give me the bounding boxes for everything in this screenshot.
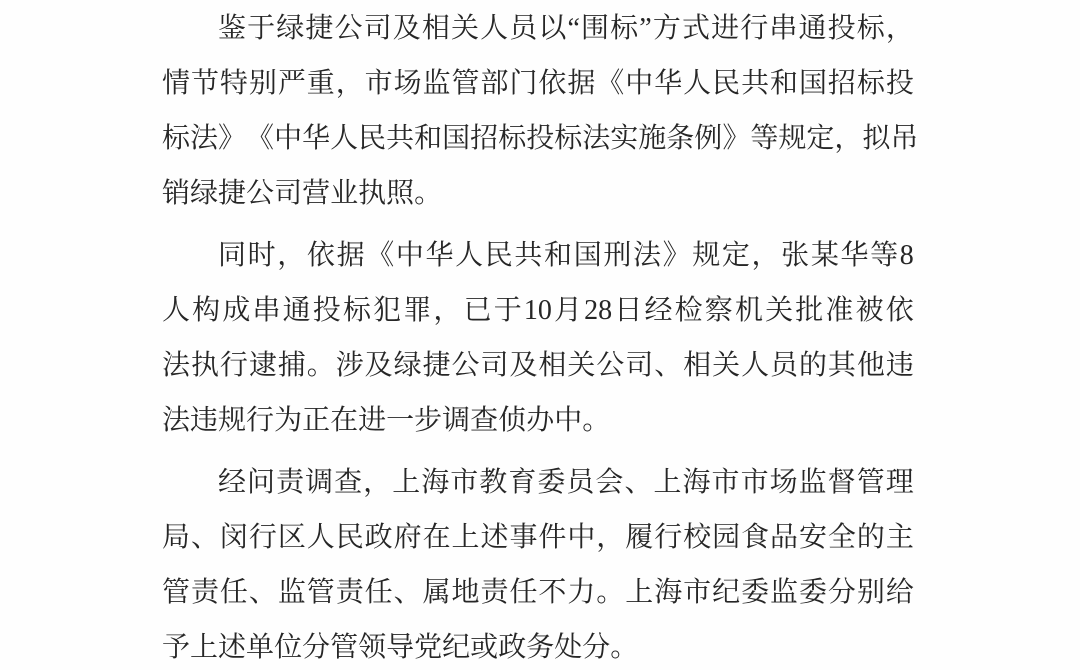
text-glyph: 行 bbox=[249, 510, 277, 565]
text-glyph: 依 bbox=[307, 228, 335, 283]
text-glyph: 民 bbox=[336, 510, 364, 565]
text-glyph: 分 bbox=[828, 565, 856, 620]
text-glyph: 市 bbox=[450, 455, 478, 510]
text-line: 销绿捷公司营业执照。 bbox=[162, 166, 914, 221]
text-glyph: 府 bbox=[394, 510, 422, 565]
text-glyph: 关 bbox=[765, 283, 793, 338]
text-glyph: 招 bbox=[470, 111, 498, 166]
text-glyph: 据 bbox=[567, 56, 595, 111]
text-glyph: 员 bbox=[770, 338, 798, 393]
text-glyph: 等 bbox=[870, 228, 898, 283]
text-glyph: 查 bbox=[334, 455, 362, 510]
text-glyph: 法 bbox=[190, 111, 218, 166]
text-glyph: 任 bbox=[365, 565, 393, 620]
text-glyph: 及 bbox=[393, 1, 421, 56]
text-glyph: ， bbox=[752, 228, 780, 283]
text-glyph: 责 bbox=[480, 565, 508, 620]
text-glyph: 察 bbox=[705, 283, 733, 338]
text-glyph: 《 bbox=[596, 56, 624, 111]
text-glyph: 场 bbox=[394, 56, 422, 111]
text-glyph: 节 bbox=[191, 56, 219, 111]
text-glyph: 中 bbox=[567, 510, 595, 565]
text-glyph: 定 bbox=[722, 228, 750, 283]
text-glyph: 教 bbox=[479, 455, 507, 510]
text-glyph: 人 bbox=[741, 338, 769, 393]
text-glyph: 标 bbox=[554, 111, 582, 166]
text-glyph: 标 bbox=[498, 111, 526, 166]
text-glyph: 投 bbox=[828, 1, 856, 56]
text-glyph: 民 bbox=[485, 228, 513, 283]
text-line: 管责任、监管责任、属地责任不力。上海市纪委监委分别给 bbox=[162, 565, 914, 620]
text-glyph: 逮 bbox=[249, 338, 277, 393]
text-glyph: ， bbox=[433, 283, 461, 338]
text-glyph: 销 bbox=[162, 166, 190, 221]
text-glyph: 门 bbox=[509, 56, 537, 111]
text-glyph: 育 bbox=[508, 455, 536, 510]
text-glyph: 中 bbox=[274, 111, 302, 166]
document-page: 鉴于绿捷公司及相关人员以“围标”方式进行串通投标，情节特别严重，市场监管部门依据… bbox=[0, 0, 1080, 670]
text-glyph: 投 bbox=[313, 283, 341, 338]
text-glyph: 查 bbox=[470, 393, 498, 448]
text-glyph: 事 bbox=[509, 510, 537, 565]
text-glyph: 于 bbox=[247, 1, 275, 56]
text-line: 局、闵行区人民政府在上述事件中，履行校园食品安全的主 bbox=[162, 510, 914, 565]
paragraph: 同时，依据《中华人民共和国刑法》规定，张某华等8人构成串通投标犯罪，已于10月2… bbox=[162, 228, 914, 448]
text-glyph: ， bbox=[336, 56, 364, 111]
text-glyph: 和 bbox=[544, 228, 572, 283]
text-glyph: 标 bbox=[162, 111, 190, 166]
text-glyph: 或 bbox=[470, 620, 498, 670]
text-glyph: 投 bbox=[526, 111, 554, 166]
text-glyph: 国 bbox=[442, 111, 470, 166]
text-glyph: 给 bbox=[886, 565, 914, 620]
text-glyph: 通 bbox=[798, 1, 826, 56]
text-glyph: 公 bbox=[246, 166, 274, 221]
text-glyph: 标 bbox=[343, 283, 371, 338]
text-glyph: 中 bbox=[625, 56, 653, 111]
document-body: 鉴于绿捷公司及相关人员以“围标”方式进行串通投标，情节特别严重，市场监管部门依据… bbox=[162, 1, 914, 670]
text-glyph: 政 bbox=[365, 510, 393, 565]
text-glyph: 、 bbox=[249, 565, 277, 620]
text-glyph: “ bbox=[568, 1, 580, 56]
text-glyph: 时 bbox=[248, 228, 276, 283]
text-glyph: 情 bbox=[162, 56, 190, 111]
text-glyph: 的 bbox=[857, 510, 885, 565]
text-glyph: 关 bbox=[567, 338, 595, 393]
text-line: 人构成串通投标犯罪，已于10月28日经检察机关批准被依 bbox=[162, 283, 914, 338]
text-glyph: 正 bbox=[302, 393, 330, 448]
text-glyph: 及 bbox=[509, 338, 537, 393]
text-glyph: 规 bbox=[778, 111, 806, 166]
text-glyph: 市 bbox=[365, 56, 393, 111]
text-glyph: 严 bbox=[278, 56, 306, 111]
text-glyph: 法 bbox=[162, 338, 190, 393]
text-glyph: 区 bbox=[278, 510, 306, 565]
text-glyph: 海 bbox=[421, 455, 449, 510]
text-glyph: 被 bbox=[856, 283, 884, 338]
text-glyph: 法 bbox=[582, 111, 610, 166]
text-glyph: 规 bbox=[692, 228, 720, 283]
text-glyph: 违 bbox=[886, 338, 914, 393]
text-glyph: 任 bbox=[509, 565, 537, 620]
text-glyph: 投 bbox=[886, 56, 914, 111]
text-glyph: 华 bbox=[302, 111, 330, 166]
text-glyph: 局 bbox=[162, 510, 190, 565]
text-glyph: 位 bbox=[274, 620, 302, 670]
text-glyph: 园 bbox=[712, 510, 740, 565]
text-glyph: 经 bbox=[218, 455, 246, 510]
text-glyph: 》 bbox=[218, 111, 246, 166]
text-glyph: 依 bbox=[538, 56, 566, 111]
text-glyph: 捷 bbox=[423, 338, 451, 393]
text-glyph: 违 bbox=[190, 393, 218, 448]
text-line: 经问责调查，上海市教育委员会、上海市市场监督管理 bbox=[162, 455, 914, 510]
text-glyph: 海 bbox=[683, 455, 711, 510]
text-glyph: 机 bbox=[735, 283, 763, 338]
text-glyph: 招 bbox=[828, 56, 856, 111]
text-glyph: 调 bbox=[442, 393, 470, 448]
text-glyph: 捷 bbox=[305, 1, 333, 56]
text-glyph: 校 bbox=[683, 510, 711, 565]
text-glyph: 民 bbox=[712, 56, 740, 111]
text-glyph: 管 bbox=[162, 565, 190, 620]
text-glyph: 责 bbox=[276, 455, 304, 510]
text-glyph: 标 bbox=[610, 1, 638, 56]
text-glyph: 委 bbox=[741, 565, 769, 620]
text-glyph: 绿 bbox=[190, 166, 218, 221]
text-glyph: 营 bbox=[302, 166, 330, 221]
text-glyph: 张 bbox=[781, 228, 809, 283]
text-glyph: 分 bbox=[302, 620, 330, 670]
text-glyph: 监 bbox=[278, 565, 306, 620]
text-glyph: 办 bbox=[526, 393, 554, 448]
text-glyph: 分 bbox=[582, 620, 610, 670]
text-glyph: 共 bbox=[741, 56, 769, 111]
text-glyph: 月 bbox=[554, 283, 582, 338]
text-glyph: 犯 bbox=[373, 283, 401, 338]
text-line: 法执行逮捕。涉及绿捷公司及相关公司、相关人员的其他违 bbox=[162, 338, 914, 393]
text-glyph: 共 bbox=[514, 228, 542, 283]
text-glyph: ， bbox=[596, 510, 624, 565]
text-glyph: 法 bbox=[633, 228, 661, 283]
text-glyph: 批 bbox=[795, 283, 823, 338]
text-glyph: 委 bbox=[537, 455, 565, 510]
text-glyph: 督 bbox=[828, 455, 856, 510]
text-glyph: 力 bbox=[567, 565, 595, 620]
text-glyph: 纪 bbox=[442, 620, 470, 670]
text-glyph: 等 bbox=[750, 111, 778, 166]
text-glyph: 履 bbox=[625, 510, 653, 565]
text-glyph: 述 bbox=[218, 620, 246, 670]
text-glyph: 公 bbox=[335, 1, 363, 56]
text-glyph: 行 bbox=[220, 338, 248, 393]
text-glyph: 鉴 bbox=[218, 1, 246, 56]
text-glyph: 以 bbox=[538, 1, 566, 56]
text-glyph: 相 bbox=[422, 1, 450, 56]
text-glyph: 已 bbox=[464, 283, 492, 338]
text-glyph: 。 bbox=[582, 393, 610, 448]
text-glyph: 和 bbox=[770, 56, 798, 111]
text-glyph: 串 bbox=[252, 283, 280, 338]
text-glyph: 》 bbox=[663, 228, 691, 283]
text-glyph: 华 bbox=[425, 228, 453, 283]
text-glyph: 行 bbox=[740, 1, 768, 56]
text-glyph: 绿 bbox=[394, 338, 422, 393]
text-glyph: 涉 bbox=[336, 338, 364, 393]
text-glyph: 。 bbox=[414, 166, 442, 221]
text-glyph: 相 bbox=[683, 338, 711, 393]
text-glyph: 关 bbox=[451, 1, 479, 56]
text-glyph: 上 bbox=[190, 620, 218, 670]
text-line: 同时，依据《中华人民共和国刑法》规定，张某华等8 bbox=[162, 228, 914, 283]
text-glyph: 华 bbox=[840, 228, 868, 283]
text-glyph: 围 bbox=[581, 1, 609, 56]
text-glyph: 据 bbox=[337, 228, 365, 283]
text-glyph: 串 bbox=[769, 1, 797, 56]
text-glyph: 市 bbox=[683, 565, 711, 620]
text-glyph: 其 bbox=[828, 338, 856, 393]
text-glyph: ” bbox=[639, 1, 651, 56]
text-glyph: 市 bbox=[741, 455, 769, 510]
text-glyph: 人 bbox=[307, 510, 335, 565]
text-line: 法违规行为正在进一步调查侦办中。 bbox=[162, 393, 914, 448]
text-line: 情节特别严重，市场监管部门依据《中华人民共和国招标投 bbox=[162, 56, 914, 111]
text-glyph: 闵 bbox=[220, 510, 248, 565]
text-glyph: 相 bbox=[538, 338, 566, 393]
text-glyph: 安 bbox=[799, 510, 827, 565]
text-glyph: 《 bbox=[366, 228, 394, 283]
text-glyph: 领 bbox=[358, 620, 386, 670]
text-glyph: 全 bbox=[828, 510, 856, 565]
text-glyph: 调 bbox=[305, 455, 333, 510]
text-glyph: 为 bbox=[274, 393, 302, 448]
text-glyph: 的 bbox=[799, 338, 827, 393]
text-glyph: 中 bbox=[396, 228, 424, 283]
text-glyph: 依 bbox=[886, 283, 914, 338]
text-glyph: 司 bbox=[364, 1, 392, 56]
text-glyph: 执 bbox=[191, 338, 219, 393]
text-glyph: 一 bbox=[386, 393, 414, 448]
text-glyph: 人 bbox=[330, 111, 358, 166]
text-glyph: 国 bbox=[574, 228, 602, 283]
text-glyph: 述 bbox=[480, 510, 508, 565]
text-glyph: 上 bbox=[392, 455, 420, 510]
text-glyph: 进 bbox=[358, 393, 386, 448]
text-glyph: 标 bbox=[857, 1, 885, 56]
text-glyph: 中 bbox=[554, 393, 582, 448]
text-glyph: 党 bbox=[414, 620, 442, 670]
text-glyph: 侦 bbox=[498, 393, 526, 448]
text-glyph: 人 bbox=[683, 56, 711, 111]
paragraph: 鉴于绿捷公司及相关人员以“围标”方式进行串通投标，情节特别严重，市场监管部门依据… bbox=[162, 1, 914, 221]
text-glyph: 条 bbox=[666, 111, 694, 166]
text-glyph: 务 bbox=[526, 620, 554, 670]
text-glyph: ， bbox=[277, 228, 305, 283]
text-glyph: 通 bbox=[283, 283, 311, 338]
text-glyph: 标 bbox=[857, 56, 885, 111]
text-glyph: 处 bbox=[554, 620, 582, 670]
text-glyph: 主 bbox=[886, 510, 914, 565]
text-glyph: 施 bbox=[638, 111, 666, 166]
text-glyph: 吊 bbox=[890, 111, 918, 166]
text-glyph: 例 bbox=[694, 111, 722, 166]
text-glyph: 业 bbox=[330, 166, 358, 221]
text-glyph: 地 bbox=[452, 565, 480, 620]
text-glyph: 。 bbox=[596, 565, 624, 620]
text-glyph: 管 bbox=[452, 56, 480, 111]
text-glyph: 人 bbox=[162, 283, 190, 338]
text-glyph: 某 bbox=[811, 228, 839, 283]
text-glyph: 管 bbox=[330, 620, 358, 670]
text-glyph: ， bbox=[834, 111, 862, 166]
text-glyph: 国 bbox=[799, 56, 827, 111]
text-glyph: 于 bbox=[494, 283, 522, 338]
text-glyph: 员 bbox=[509, 1, 537, 56]
text-glyph: 华 bbox=[654, 56, 682, 111]
text-glyph: 拟 bbox=[862, 111, 890, 166]
text-glyph: 不 bbox=[538, 565, 566, 620]
text-glyph: 问 bbox=[247, 455, 275, 510]
text-glyph: 、 bbox=[624, 455, 652, 510]
text-glyph: 刑 bbox=[603, 228, 631, 283]
text-glyph: 实 bbox=[610, 111, 638, 166]
text-glyph: 责 bbox=[336, 565, 364, 620]
text-glyph: 行 bbox=[654, 510, 682, 565]
text-glyph: 关 bbox=[712, 338, 740, 393]
text-glyph: 上 bbox=[452, 510, 480, 565]
text-line: 鉴于绿捷公司及相关人员以“围标”方式进行串通投标， bbox=[162, 1, 914, 56]
text-glyph: 会 bbox=[595, 455, 623, 510]
text-glyph: 司 bbox=[274, 166, 302, 221]
text-glyph: 照 bbox=[386, 166, 414, 221]
text-glyph: 。 bbox=[610, 620, 638, 670]
text-glyph: 绿 bbox=[276, 1, 304, 56]
text-glyph: 予 bbox=[162, 620, 190, 670]
text-glyph: 人 bbox=[455, 228, 483, 283]
text-glyph: 在 bbox=[423, 510, 451, 565]
text-glyph: 和 bbox=[414, 111, 442, 166]
text-glyph: 规 bbox=[218, 393, 246, 448]
text-glyph: 成 bbox=[222, 283, 250, 338]
text-glyph: 构 bbox=[192, 283, 220, 338]
text-glyph: 管 bbox=[307, 565, 335, 620]
text-glyph: 监 bbox=[799, 455, 827, 510]
text-glyph: 公 bbox=[452, 338, 480, 393]
text-glyph: 检 bbox=[675, 283, 703, 338]
text-glyph: 导 bbox=[386, 620, 414, 670]
text-glyph: 监 bbox=[770, 565, 798, 620]
text-glyph: 捷 bbox=[218, 166, 246, 221]
text-glyph: 法 bbox=[162, 393, 190, 448]
text-glyph: 责 bbox=[191, 565, 219, 620]
text-glyph: 司 bbox=[480, 338, 508, 393]
text-glyph: 罪 bbox=[403, 283, 431, 338]
text-glyph: 重 bbox=[307, 56, 335, 111]
text-glyph: 、 bbox=[191, 510, 219, 565]
text-glyph: 单 bbox=[246, 620, 274, 670]
text-glyph: 进 bbox=[711, 1, 739, 56]
text-glyph: 理 bbox=[886, 455, 914, 510]
text-glyph: 、 bbox=[394, 565, 422, 620]
text-glyph: 行 bbox=[246, 393, 274, 448]
text-glyph: 特 bbox=[220, 56, 248, 111]
text-glyph: 式 bbox=[682, 1, 710, 56]
text-glyph: 及 bbox=[365, 338, 393, 393]
text-glyph: 公 bbox=[596, 338, 624, 393]
text-glyph: 上 bbox=[625, 565, 653, 620]
paragraph: 经问责调查，上海市教育委员会、上海市市场监督管理局、闵行区人民政府在上述事件中，… bbox=[162, 455, 914, 670]
text-glyph: 件 bbox=[538, 510, 566, 565]
text-glyph: ， bbox=[886, 1, 914, 56]
text-glyph: 品 bbox=[770, 510, 798, 565]
text-glyph: 共 bbox=[386, 111, 414, 166]
text-glyph: 。 bbox=[307, 338, 335, 393]
text-glyph: 日 bbox=[614, 283, 642, 338]
text-glyph: 管 bbox=[857, 455, 885, 510]
text-glyph: 《 bbox=[246, 111, 274, 166]
text-glyph: 海 bbox=[654, 565, 682, 620]
text-glyph: 他 bbox=[857, 338, 885, 393]
text-glyph: 方 bbox=[653, 1, 681, 56]
text-glyph: 28 bbox=[584, 283, 612, 338]
text-glyph: 8 bbox=[900, 228, 914, 283]
text-glyph: 司 bbox=[625, 338, 653, 393]
text-glyph: 别 bbox=[249, 56, 277, 111]
text-glyph: 部 bbox=[480, 56, 508, 111]
text-glyph: 、 bbox=[654, 338, 682, 393]
text-glyph: 政 bbox=[498, 620, 526, 670]
text-glyph: 在 bbox=[330, 393, 358, 448]
text-glyph: 民 bbox=[358, 111, 386, 166]
text-glyph: 捕 bbox=[278, 338, 306, 393]
text-glyph: 经 bbox=[644, 283, 672, 338]
text-glyph: 属 bbox=[423, 565, 451, 620]
text-glyph: 员 bbox=[566, 455, 594, 510]
text-glyph: 委 bbox=[799, 565, 827, 620]
text-glyph: 市 bbox=[712, 455, 740, 510]
text-glyph: ， bbox=[363, 455, 391, 510]
text-glyph: 》 bbox=[722, 111, 750, 166]
text-line: 予上述单位分管领导党纪或政务处分。 bbox=[162, 620, 914, 670]
text-glyph: 准 bbox=[825, 283, 853, 338]
text-glyph: 定 bbox=[806, 111, 834, 166]
text-glyph: 执 bbox=[358, 166, 386, 221]
text-glyph: 监 bbox=[423, 56, 451, 111]
text-glyph: 任 bbox=[220, 565, 248, 620]
text-glyph: 人 bbox=[480, 1, 508, 56]
text-glyph: 同 bbox=[218, 228, 246, 283]
text-glyph: 食 bbox=[741, 510, 769, 565]
text-glyph: 10 bbox=[524, 283, 552, 338]
text-glyph: 上 bbox=[653, 455, 681, 510]
text-glyph: 纪 bbox=[712, 565, 740, 620]
text-glyph: 场 bbox=[770, 455, 798, 510]
text-glyph: 步 bbox=[414, 393, 442, 448]
text-line: 标法》《中华人民共和国招标投标法实施条例》等规定，拟吊 bbox=[162, 111, 914, 166]
text-glyph: 别 bbox=[857, 565, 885, 620]
